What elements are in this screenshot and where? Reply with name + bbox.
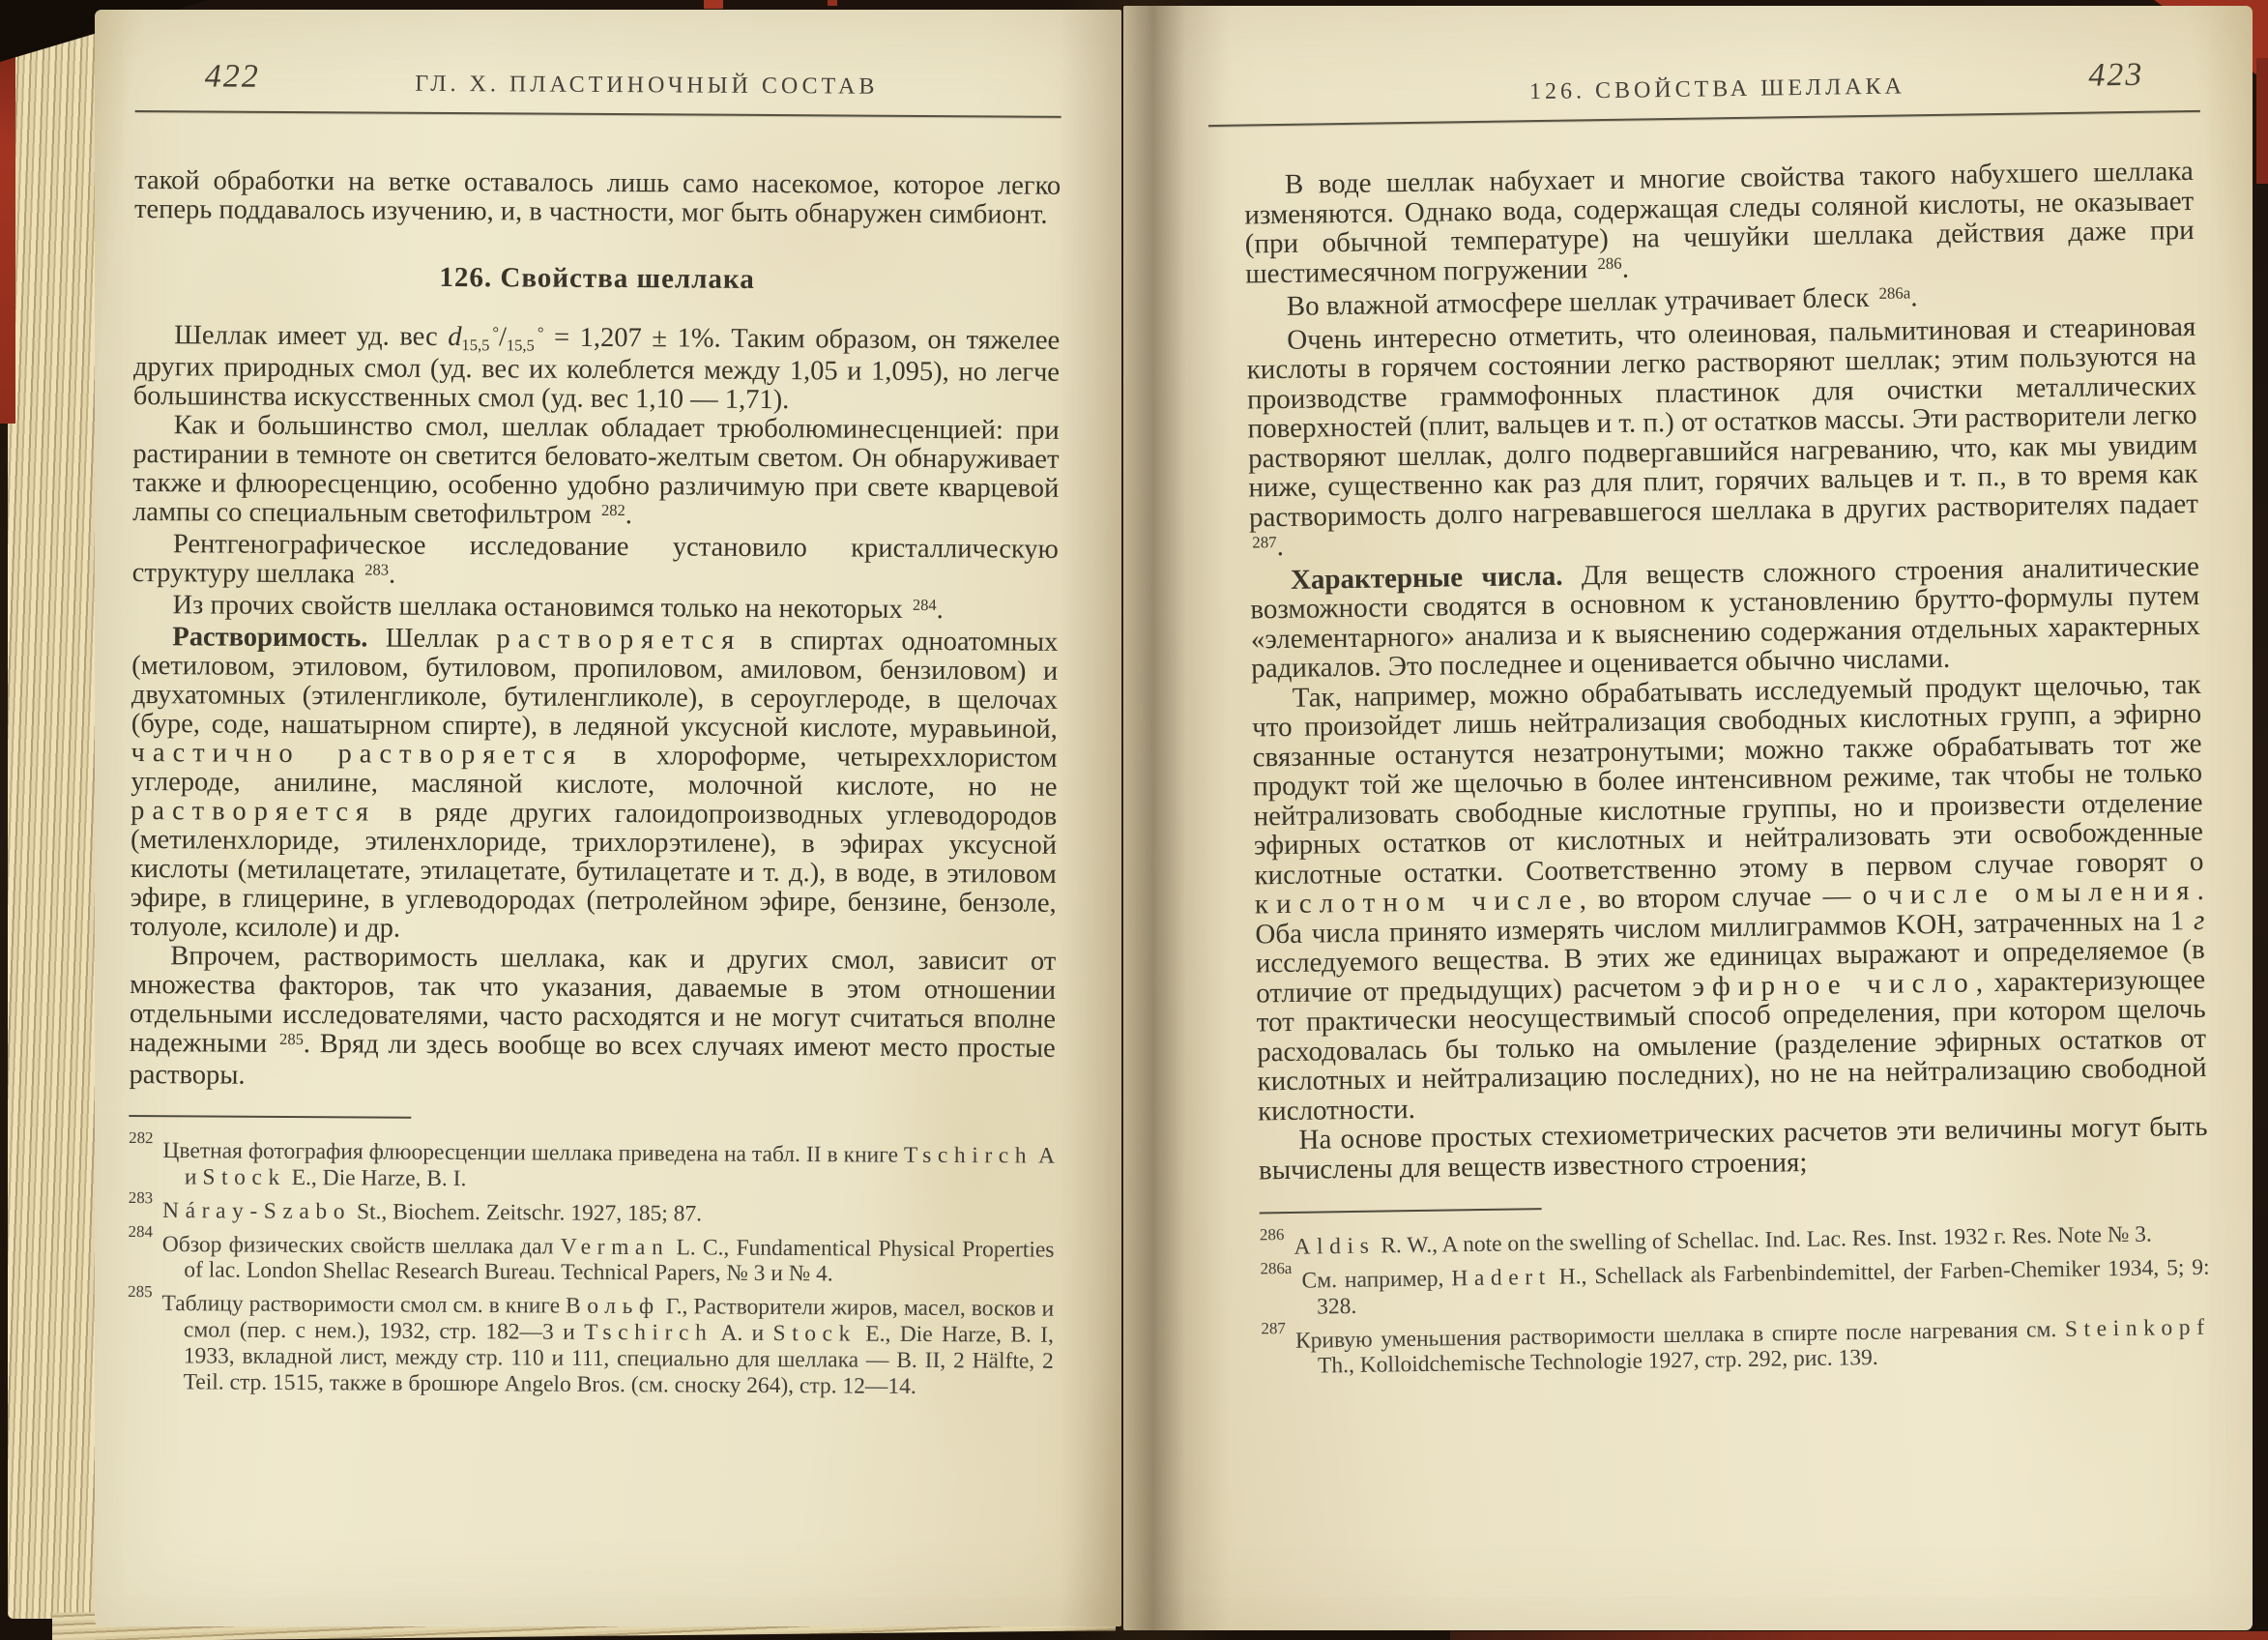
paragraph: В воде шеллак набухает и многие свойства… [1244,157,2195,293]
text-segment: Цветная фотография флюоресценции шеллака… [162,1138,904,1168]
text-segment: . [1910,281,1918,312]
text-segment: Verman [561,1234,670,1260]
running-title: ГЛ. X. ПЛАСТИНОЧНЫЙ СОСТАВ [135,70,1061,102]
book-cover-red-tick-small [828,0,837,6]
text-segment: Рентгенографическое исследование установ… [132,529,1059,589]
text-segment: Шеллак имеет уд. вес [174,320,448,352]
paragraph: Как и большинство смол, шеллак обладает … [132,411,1060,536]
running-header-left: 422 ГЛ. X. ПЛАСТИНОЧНЫЙ СОСТАВ [135,56,1061,106]
book-cover-red-right-edge [2256,58,2268,184]
text-segment: . [389,560,395,590]
footnote-separator [1260,1208,1542,1214]
paragraph: Очень интересно отметить, что олеиновая,… [1246,311,2199,566]
paragraph: Так, например, можно обрабатывать исслед… [1252,669,2208,1126]
footnote-284: 284Обзор физических свойств шеллака дал … [128,1224,1054,1290]
footnote-label: 285 [128,1282,152,1301]
text-segment: Очень интересно отметить, что олеиновая,… [1246,310,2198,533]
text-segment: Tschirch [904,1143,1032,1169]
page-body: В воде шеллак набухает и многие свойства… [1244,157,2208,1185]
book-page-edges-left [8,25,104,1619]
text-segment: Как и большинство смол, шеллак обладает … [132,410,1060,530]
footnote-282: 282Цветная фотография флюоресценции шелл… [129,1130,1055,1196]
footnote-285: 285Таблицу растворимости смол см. в книг… [128,1283,1055,1401]
book-cover-red-left [0,0,15,424]
text-segment: . [1621,252,1629,283]
footnote-287: 287Кривую уменьшения растворимости шелла… [1261,1307,2211,1381]
footnote-label: 284 [129,1222,153,1241]
text-segment: такой обработки на ветке оставалось лишь… [134,165,1061,230]
text-segment: г [2194,904,2205,935]
text-segment: Hadert [1451,1265,1552,1292]
text-segment: частично растворяется [131,738,584,771]
text-segment: St., Biochem. Zeitschr. 1927, 185; 87. [351,1199,702,1226]
page-number: 423 [2088,57,2144,95]
text-segment: d [448,322,461,352]
book-cover-red-bottom-edge [1450,1631,2268,1640]
text-segment: Вольф [566,1294,660,1320]
text-segment: Aldis [1294,1233,1375,1259]
text-segment: 15,5 [507,336,535,354]
paragraph: Впрочем, растворимость шеллака, как и др… [129,942,1056,1096]
text-segment: На основе простых стехиометрических расч… [1259,1111,2208,1186]
running-header-right: 126. СВОЙСТВА ШЕЛЛАКА 423 [1242,56,2193,115]
text-segment: Так, например, можно обрабатывать исслед… [1252,668,2204,891]
footnotes-block: 286Aldis R. W., A note on the swelling o… [1260,1214,2211,1381]
footnote-label: 282 [129,1128,153,1147]
footnote-ref: ° [538,323,544,341]
text-segment: Таблицу растворимости смол см. в книге [161,1292,566,1320]
text-segment: E., Die Harze, B. I. [286,1165,467,1191]
header-rule [135,110,1061,118]
text-segment: Обзор физических свойств шеллака дал [162,1232,561,1260]
text-segment: В воде шеллак набухает и многие свойства… [1244,156,2195,289]
text-segment: . [625,500,632,530]
running-title: 126. СВОЙСТВА ШЕЛЛАКА [1242,70,2192,110]
section-heading: 126. Свойства шеллака [134,261,1061,296]
text-segment: / [499,322,507,352]
book-cover-red-tick [704,0,723,9]
footnote-label: 286 [1260,1225,1285,1244]
text-segment: Шеллак [367,623,496,654]
text-segment: 126. Свойства шеллака [439,262,755,295]
footnote-label: 286a [1260,1259,1292,1277]
text-segment: A. и [712,1321,772,1346]
footnote-ref: 287 [1252,533,1276,551]
paragraph: Шеллак имеет уд. вес d15,5°/15,5° = 1,20… [133,321,1061,417]
footnote-ref: ° [492,323,499,341]
footnote-283: 283Náray-Szabo St., Biochem. Zeitschr. 1… [129,1190,1055,1230]
text-segment: Из прочих свойств шеллака остановимся то… [172,590,910,625]
page-423-content: 126. СВОЙСТВА ШЕЛЛАКА 423 В воде шеллак … [1242,56,2211,1381]
paragraph: Характерные числа. Для веществ сложного … [1250,551,2201,684]
footnote-label: 283 [129,1188,153,1207]
footnotes-block: 282Цветная фотография флюоресценции шелл… [128,1130,1056,1401]
footnote-ref: 282 [601,501,625,519]
footnote-label: 287 [1261,1319,1286,1337]
paragraph: такой обработки на ветке оставалось лишь… [134,166,1061,230]
text-segment: . [1276,531,1284,562]
paragraph: Рентгенографическое исследование установ… [132,530,1059,597]
footnote-ref: 285 [279,1030,304,1048]
text-segment: Stock [772,1321,857,1347]
footnote-separator [129,1115,411,1119]
text-segment: Stock [202,1164,286,1190]
page-423: 126. СВОЙСТВА ШЕЛЛАКА 423 В воде шеллак … [1123,6,2253,1630]
footnote-ref: 284 [913,596,937,614]
text-segment: растворяется [496,624,741,656]
page-422-content: 422 ГЛ. X. ПЛАСТИНОЧНЫЙ СОСТАВ такой обр… [128,56,1061,1401]
text-segment: 15,5 [461,336,489,354]
paragraph: Растворимость. Шеллак растворяется в спи… [130,623,1058,948]
text-segment: Растворимость. [172,622,367,653]
paragraph: На основе простых стехиометрических расч… [1258,1112,2208,1186]
text-segment: . [937,595,944,625]
footnote-ref: 283 [364,560,389,578]
text-segment: растворяется [131,796,376,828]
footnote-ref: 286a [1878,283,1910,302]
text-segment: Náray-Szabo [162,1198,351,1224]
footnote-ref: 286 [1597,254,1621,273]
text-segment: См. например, [1301,1266,1451,1293]
page-422: 422 ГЛ. X. ПЛАСТИНОЧНЫЙ СОСТАВ такой обр… [95,10,1121,1626]
text-segment: Tschirch [584,1320,712,1346]
page-body: такой обработки на ветке оставалось лишь… [129,166,1061,1096]
text-segment: Steinkopf [2065,1314,2211,1341]
book-spread-photo: 422 ГЛ. X. ПЛАСТИНОЧНЫЙ СОСТАВ такой обр… [0,0,2268,1640]
